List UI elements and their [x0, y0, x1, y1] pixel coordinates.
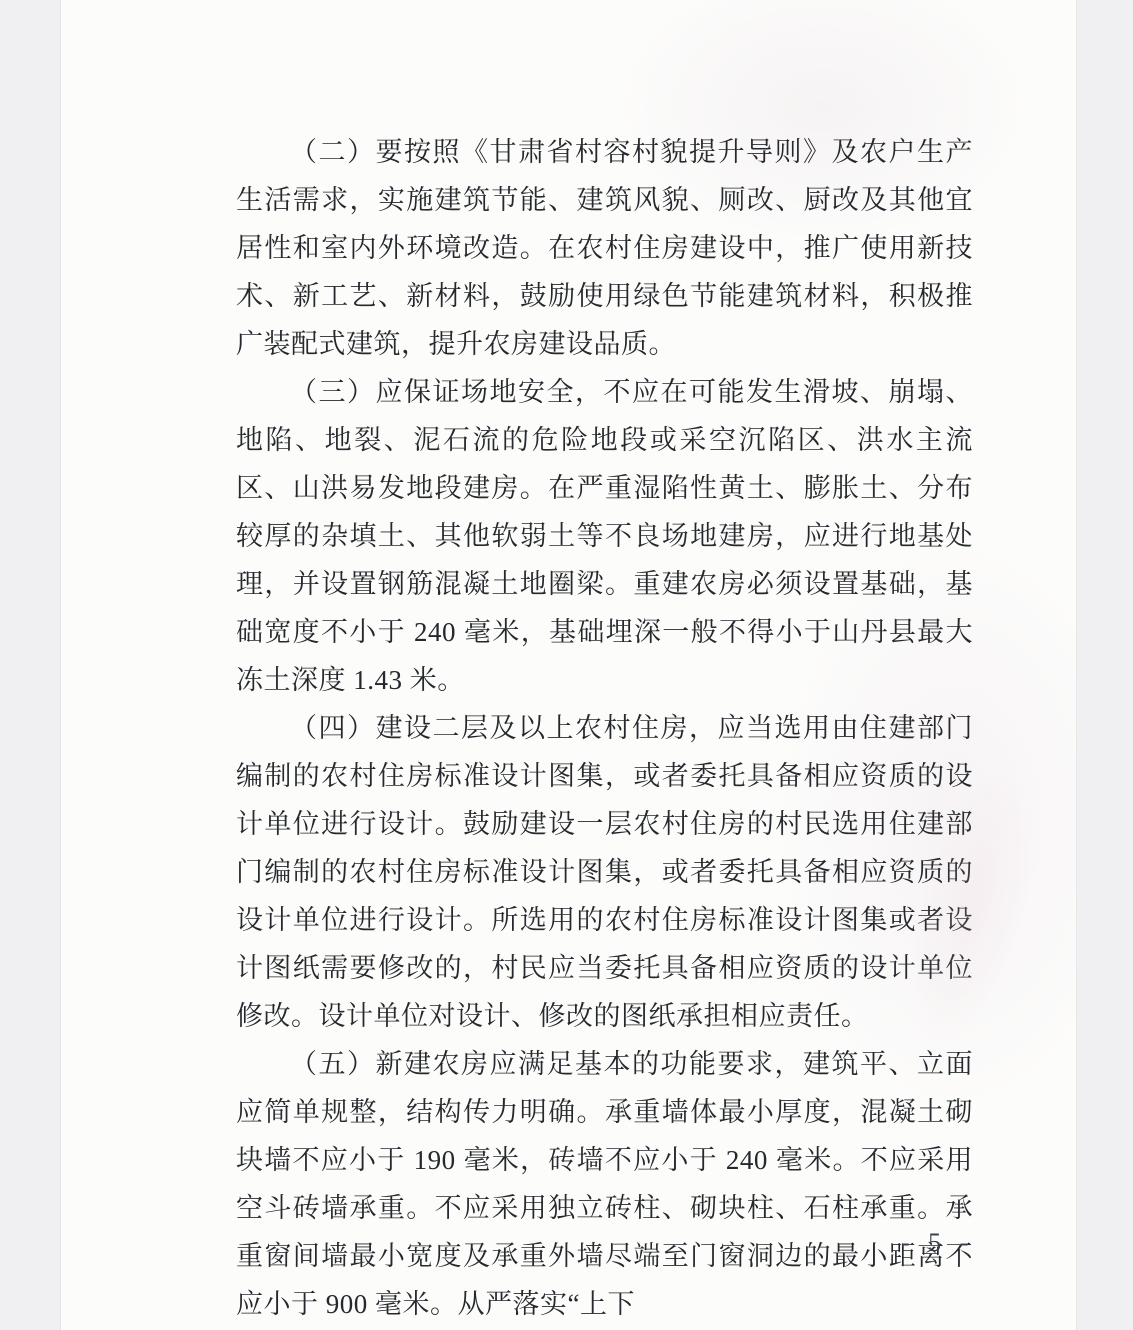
document-body: （二）要按照《甘肃省村容村貌提升导则》及农户生产生活需求，实施建筑节能、建筑风貌…	[236, 128, 973, 1328]
document-page: （二）要按照《甘肃省村容村貌提升导则》及农户生产生活需求，实施建筑节能、建筑风貌…	[60, 0, 1077, 1330]
page-number: - 5 -	[901, 1228, 974, 1258]
paragraph-item-3: （三）应保证场地安全，不应在可能发生滑坡、崩塌、地陷、地裂、泥石流的危险地段或采…	[236, 368, 973, 704]
paragraph-item-4: （四）建设二层及以上农村住房，应当选用由住建部门编制的农村住房标准设计图集，或者…	[236, 704, 973, 1040]
paragraph-item-2: （二）要按照《甘肃省村容村貌提升导则》及农户生产生活需求，实施建筑节能、建筑风貌…	[236, 128, 973, 368]
paragraph-item-5: （五）新建农房应满足基本的功能要求，建筑平、立面应简单规整，结构传力明确。承重墙…	[236, 1040, 973, 1328]
